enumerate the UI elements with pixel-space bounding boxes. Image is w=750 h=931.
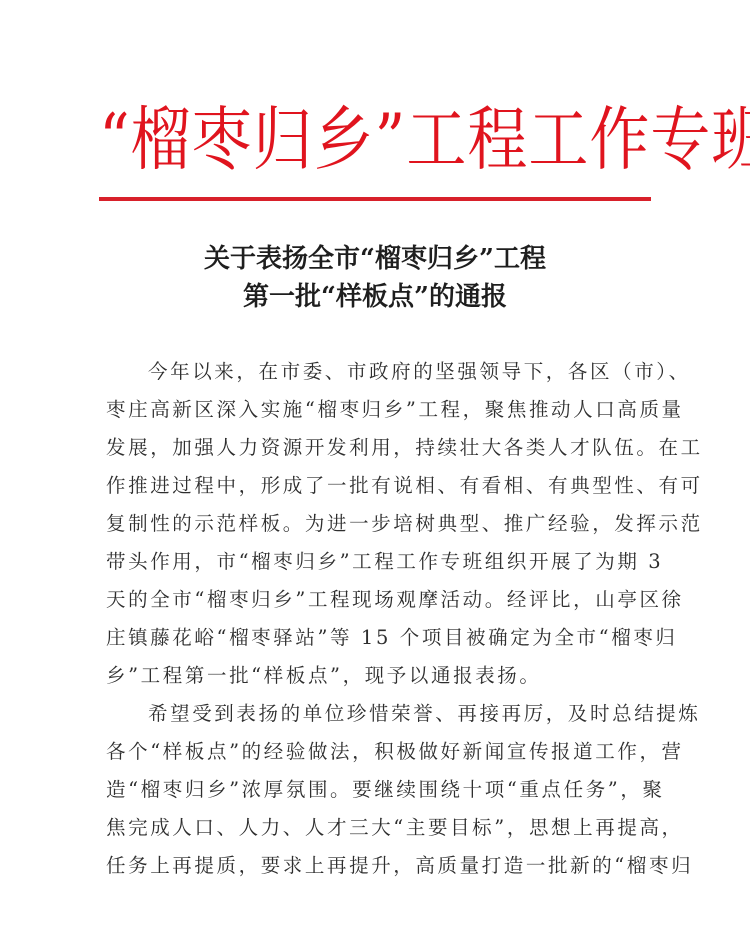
- body-line: 带头作用，市“榴枣归乡”工程工作专班组织开展了为期 3: [106, 543, 646, 581]
- body-line: 枣庄高新区深入实施“榴枣归乡”工程，聚焦推动人口高质量: [106, 391, 646, 429]
- body-line: 作推进过程中，形成了一批有说相、有看相、有典型性、有可: [106, 467, 646, 505]
- document-title: 关于表扬全市“榴枣归乡”工程 第一批“样板点”的通报: [100, 240, 650, 316]
- body-line: 天的全市“榴枣归乡”工程现场观摩活动。经评比，山亭区徐: [106, 581, 646, 619]
- body-line: 发展，加强人力资源开发利用，持续壮大各类人才队伍。在工: [106, 429, 646, 467]
- body-line: 庄镇藤花峪“榴枣驿站”等 15 个项目被确定为全市“榴枣归: [106, 619, 646, 657]
- masthead-red-rule: [99, 197, 651, 201]
- body-line: 今年以来，在市委、市政府的坚强领导下，各区（市）、: [106, 353, 646, 391]
- document-title-line: 关于表扬全市“榴枣归乡”工程: [100, 240, 650, 278]
- masthead-title: “榴枣归乡”工程工作专班: [99, 94, 651, 186]
- body-line: 各个“样板点”的经验做法，积极做好新闻宣传报道工作，营: [106, 733, 646, 771]
- document-body: 今年以来，在市委、市政府的坚强领导下，各区（市）、 枣庄高新区深入实施“榴枣归乡…: [106, 353, 646, 885]
- body-line: 任务上再提质，要求上再提升，高质量打造一批新的“榴枣归: [106, 847, 646, 885]
- body-line: 焦完成人口、人力、人才三大“主要目标”，思想上再提高，: [106, 809, 646, 847]
- body-line: 希望受到表扬的单位珍惜荣誉、再接再厉，及时总结提炼: [106, 695, 646, 733]
- body-line: 乡”工程第一批“样板点”，现予以通报表扬。: [106, 657, 646, 695]
- body-line: 复制性的示范样板。为进一步培树典型、推广经验，发挥示范: [106, 505, 646, 543]
- document-page: “榴枣归乡”工程工作专班 关于表扬全市“榴枣归乡”工程 第一批“样板点”的通报 …: [0, 0, 750, 931]
- document-title-line: 第一批“样板点”的通报: [100, 278, 650, 316]
- body-line: 造“榴枣归乡”浓厚氛围。要继续围绕十项“重点任务”，聚: [106, 771, 646, 809]
